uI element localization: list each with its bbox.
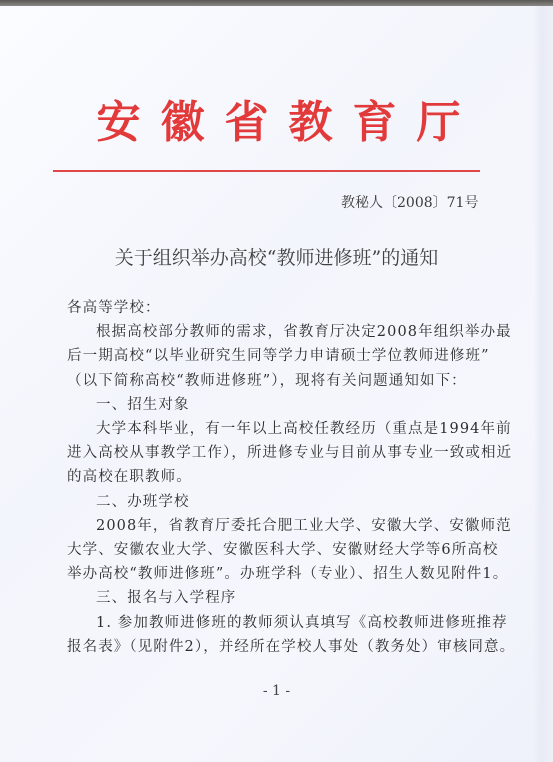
body-line: 根据高校部分教师的需求，省教育厅决定2008年组织举办最: [67, 320, 487, 344]
body-line: 三、报名与入学程序: [67, 586, 487, 610]
page-number: - 1 -: [0, 683, 553, 699]
body-line: 二、办班学校: [67, 490, 487, 514]
masthead-org-name: 安徽省教育厅: [0, 93, 553, 153]
body-line: 一、招生对象: [67, 393, 487, 417]
body-line: 2008年，省教育厅委托合肥工业大学、安徽大学、安徽师范: [67, 514, 487, 538]
body-line: 的高校在职教师。: [67, 465, 487, 489]
body-line: 后一期高校“以毕业研究生同等学力申请硕士学位教师进修班”: [67, 344, 487, 368]
document-title: 关于组织举办高校“教师进修班”的通知: [0, 243, 553, 270]
body-line: 1. 参加教师进修班的教师须认真填写《高校教师进修班推荐: [67, 611, 487, 635]
body-line: 举办高校“教师进修班”。办班学科（专业）、招生人数见附件1。: [67, 562, 487, 586]
body-line: 大学、安徽农业大学、安徽医科大学、安徽财经大学等6所高校: [67, 538, 487, 562]
body-line: 进入高校从事教学工作），所进修专业与目前从事专业一致或相近: [67, 441, 487, 465]
body-line: （以下简称高校“教师进修班”），现将有关问题通知如下：: [67, 369, 487, 393]
salutation: 各高等学校：: [67, 296, 487, 320]
body-line: 报名表》（见附件2），并经所在学校人事处（教务处）审核同意。: [67, 635, 487, 659]
masthead-red-rule: [53, 170, 480, 172]
body-line: 大学本科毕业，有一年以上高校任教经历（重点是1994年前: [67, 417, 487, 441]
body-lines: 根据高校部分教师的需求，省教育厅决定2008年组织举办最后一期高校“以毕业研究生…: [67, 320, 487, 659]
document-body: 各高等学校： 根据高校部分教师的需求，省教育厅决定2008年组织举办最后一期高校…: [67, 296, 487, 659]
document-number: 教秘人〔2008〕71号: [341, 192, 478, 212]
